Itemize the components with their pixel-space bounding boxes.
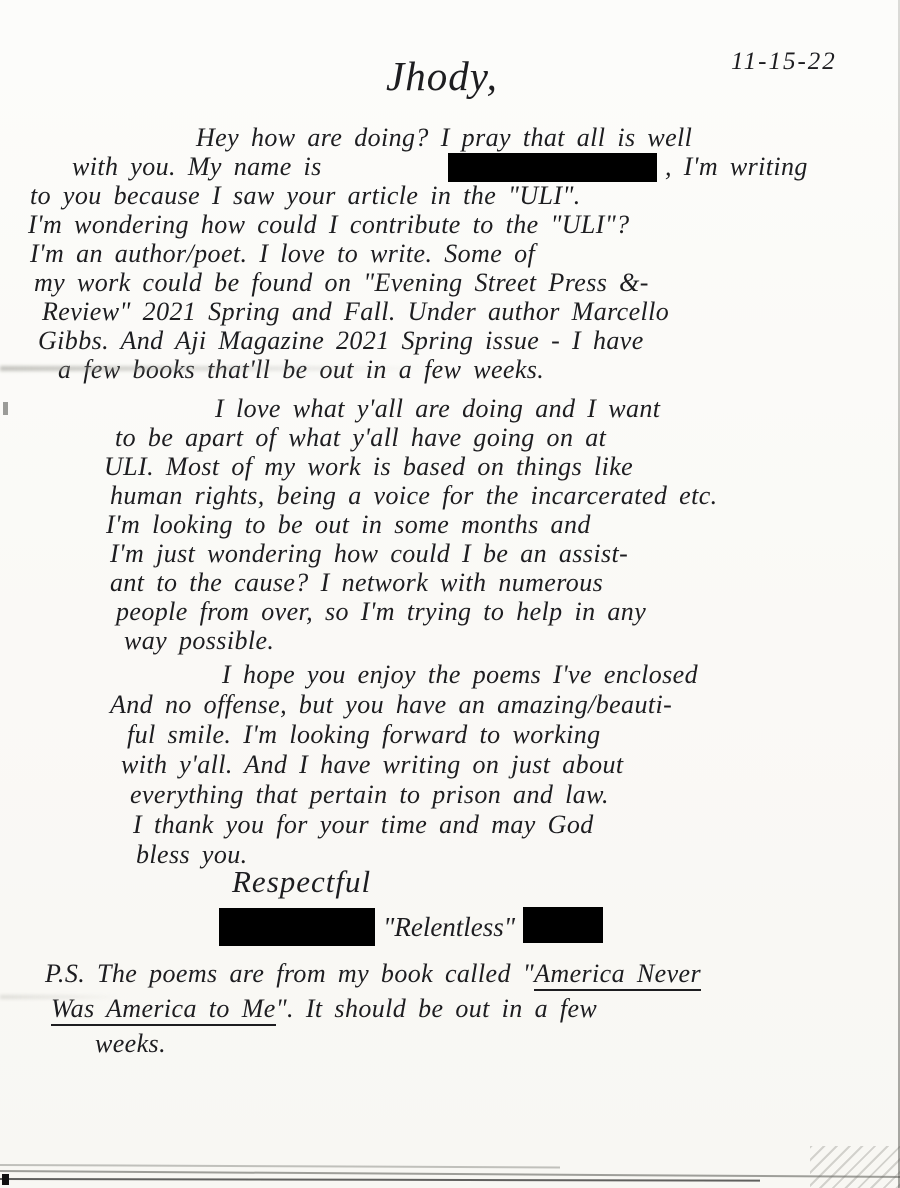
letter-line: ant to the cause? I network with numerou… bbox=[0, 568, 900, 597]
postscript-line: Was America to Me". It should be out in … bbox=[45, 991, 900, 1026]
letter-line: I hope you enjoy the poems I've enclosed bbox=[0, 660, 900, 690]
letter-line: with y'all. And I have writing on just a… bbox=[0, 750, 900, 780]
postscript-text: P.S. The poems are from my book called " bbox=[45, 959, 534, 988]
letter-line: I'm wondering how could I contribute to … bbox=[0, 210, 900, 239]
letter-line: ful smile. I'm looking forward to workin… bbox=[0, 720, 900, 750]
scan-mark-left-edge bbox=[3, 402, 8, 415]
postscript-line: weeks. bbox=[45, 1026, 900, 1061]
letter-line: to you because I saw your article in the… bbox=[0, 181, 900, 210]
letter-line: I'm looking to be out in some months and bbox=[0, 510, 900, 539]
letter-line-text: , I'm writing bbox=[665, 152, 808, 181]
paragraph-1: Hey how are doing? I pray that all is we… bbox=[0, 123, 900, 384]
letter-line: I'm an author/poet. I love to write. Som… bbox=[0, 239, 900, 268]
paper-edge-streaks bbox=[810, 1146, 900, 1188]
letter-line: ULI. Most of my work is based on things … bbox=[0, 452, 900, 481]
letter-line: to be apart of what y'all have going on … bbox=[0, 423, 900, 452]
paragraph-3: I hope you enjoy the poems I've enclosed… bbox=[0, 660, 900, 870]
redaction-box-signature-right bbox=[523, 907, 603, 943]
redaction-box-name bbox=[448, 153, 657, 182]
paragraph-2: I love what y'all are doing and I want t… bbox=[0, 394, 900, 655]
letter-line-with-redaction: with you. My name is , I'm writing bbox=[0, 152, 900, 181]
signature-row: "Relentless" bbox=[219, 906, 603, 948]
letter-line: I love what y'all are doing and I want bbox=[0, 394, 900, 423]
letter-line: people from over, so I'm trying to help … bbox=[0, 597, 900, 626]
letter-line-text: with you. My name is bbox=[72, 152, 322, 181]
letter-line: human rights, being a voice for the inca… bbox=[0, 481, 900, 510]
paper-crease bbox=[0, 995, 120, 999]
letter-date: 11-15-22 bbox=[731, 48, 837, 76]
letter-line: Review" 2021 Spring and Fall. Under auth… bbox=[0, 297, 900, 326]
scan-mark-bottom-left bbox=[2, 1174, 9, 1185]
greeting: Jhody, bbox=[386, 52, 498, 100]
signature-nickname: "Relentless" bbox=[383, 912, 515, 943]
letter-line: everything that pertain to prison and la… bbox=[0, 780, 900, 810]
letter-line: And no offense, but you have an amazing/… bbox=[0, 690, 900, 720]
letter-line: I'm just wondering how could I be an ass… bbox=[0, 539, 900, 568]
letter-line: Gibbs. And Aji Magazine 2021 Spring issu… bbox=[0, 326, 900, 355]
postscript-line: P.S. The poems are from my book called "… bbox=[45, 956, 900, 991]
redaction-box-signature-left bbox=[219, 908, 375, 946]
letter-line: way possible. bbox=[0, 626, 900, 655]
letter-line: Hey how are doing? I pray that all is we… bbox=[0, 123, 900, 152]
book-title-underlined-part-1: America Never bbox=[534, 959, 701, 991]
postscript-text: ". It should be out in a few bbox=[276, 994, 597, 1023]
closing-respectful: Respectful bbox=[232, 864, 371, 900]
postscript: P.S. The poems are from my book called "… bbox=[45, 956, 900, 1061]
letter-line: bless you. bbox=[0, 840, 900, 870]
paper-crease bbox=[0, 366, 430, 371]
letter-line: I thank you for your time and may God bbox=[0, 810, 900, 840]
letter-line: my work could be found on "Evening Stree… bbox=[0, 268, 900, 297]
